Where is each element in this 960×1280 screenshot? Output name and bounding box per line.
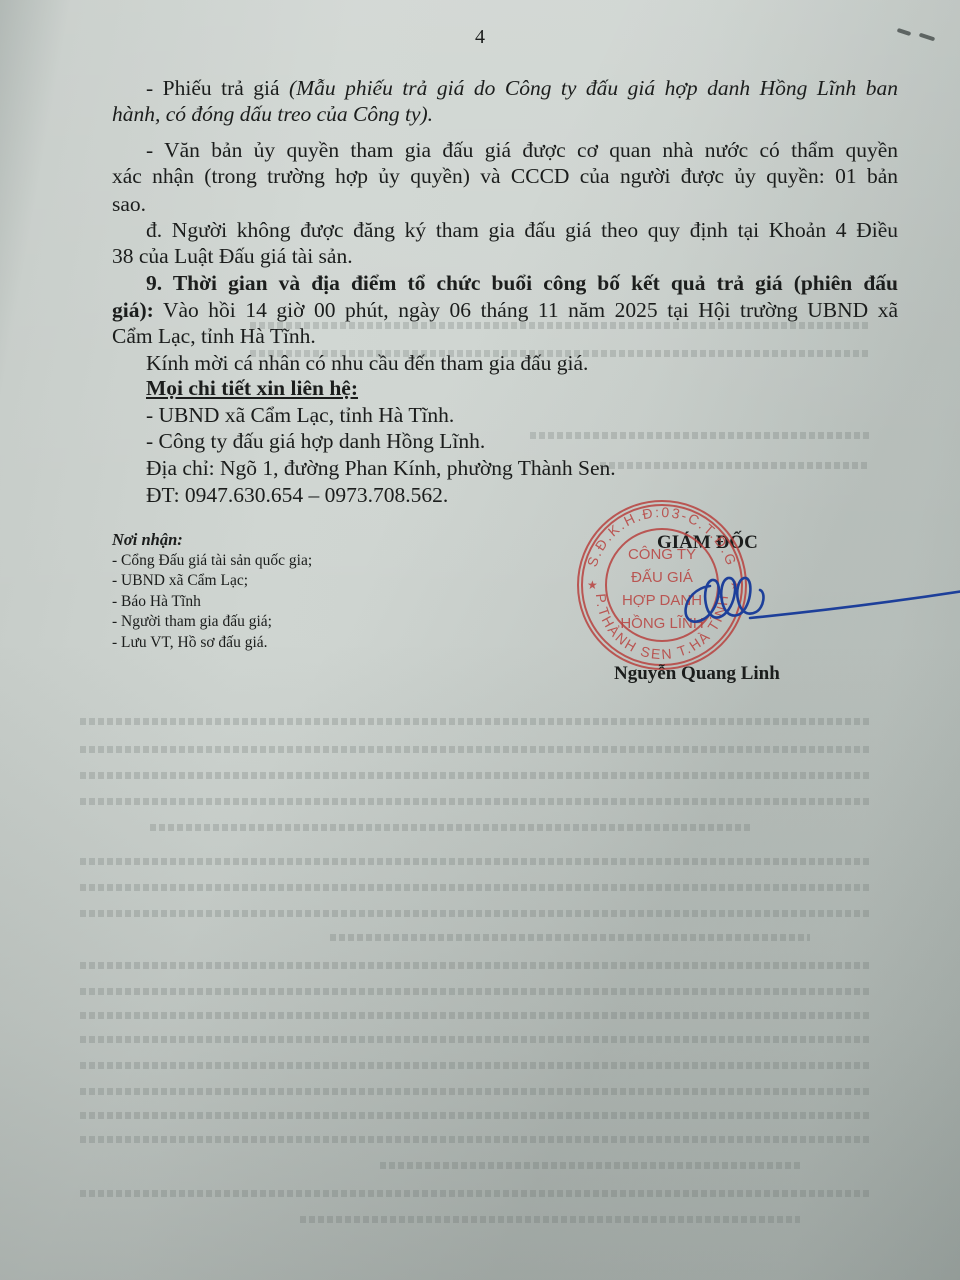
- handwritten-signature: [680, 568, 960, 638]
- recipient-item: - Báo Hà Tĩnh: [112, 592, 312, 613]
- item-phieu-tra-gia-line2: hành, có đóng dấu treo của Công ty).: [112, 101, 898, 128]
- page-number: 4: [0, 26, 960, 49]
- recipient-item: - UBND xã Cẩm Lạc;: [112, 571, 312, 592]
- svg-text:★: ★: [587, 578, 598, 592]
- section-9-heading: 9. Thời gian và địa điểm tổ chức buổi cô…: [146, 270, 898, 297]
- item-d-line2: 38 của Luật Đấu giá tài sản.: [112, 243, 898, 270]
- item-d-line1: đ. Người không được đăng ký tham gia đấu…: [146, 217, 898, 244]
- recipient-item: - Người tham gia đấu giá;: [112, 612, 312, 633]
- invitation-text: Kính mời cá nhân có nhu cầu đến tham gia…: [146, 350, 588, 377]
- recipients-title: Nơi nhận:: [112, 530, 312, 551]
- svg-text:CÔNG TY: CÔNG TY: [628, 546, 696, 563]
- section-9-line2: giá): Vào hồi 14 giờ 00 phút, ngày 06 th…: [112, 297, 898, 324]
- item-van-ban-uy-quyen-line2: xác nhận (trong trường hợp ủy quyền) và …: [112, 163, 898, 190]
- contact-heading: Mọi chi tiết xin liên hệ:: [146, 375, 358, 402]
- recipient-item: - Cổng Đấu giá tài sản quốc gia;: [112, 551, 312, 572]
- paper-specks: [895, 30, 955, 40]
- recipient-item: - Lưu VT, Hồ sơ đấu giá.: [112, 633, 312, 654]
- contact-item-ubnd: - UBND xã Cẩm Lạc, tỉnh Hà Tĩnh.: [146, 402, 454, 429]
- section-9-line3: Cẩm Lạc, tỉnh Hà Tĩnh.: [112, 323, 898, 350]
- item-van-ban-uy-quyen-line3: sao.: [112, 191, 898, 218]
- recipients-block: Nơi nhận: - Cổng Đấu giá tài sản quốc gi…: [112, 530, 312, 653]
- contact-phone: ĐT: 0947.630.654 – 0973.708.562.: [146, 482, 448, 509]
- item-van-ban-uy-quyen-line1: - Văn bản ủy quyền tham gia đấu giá được…: [146, 137, 898, 164]
- contact-address: Địa chỉ: Ngõ 1, đường Phan Kính, phường …: [146, 455, 616, 482]
- signer-name: Nguyễn Quang Linh: [614, 663, 780, 685]
- item-phieu-tra-gia-line1: - Phiếu trả giá (Mẫu phiếu trả giá do Cô…: [146, 75, 898, 102]
- contact-item-company: - Công ty đấu giá hợp danh Hồng Lĩnh.: [146, 428, 485, 455]
